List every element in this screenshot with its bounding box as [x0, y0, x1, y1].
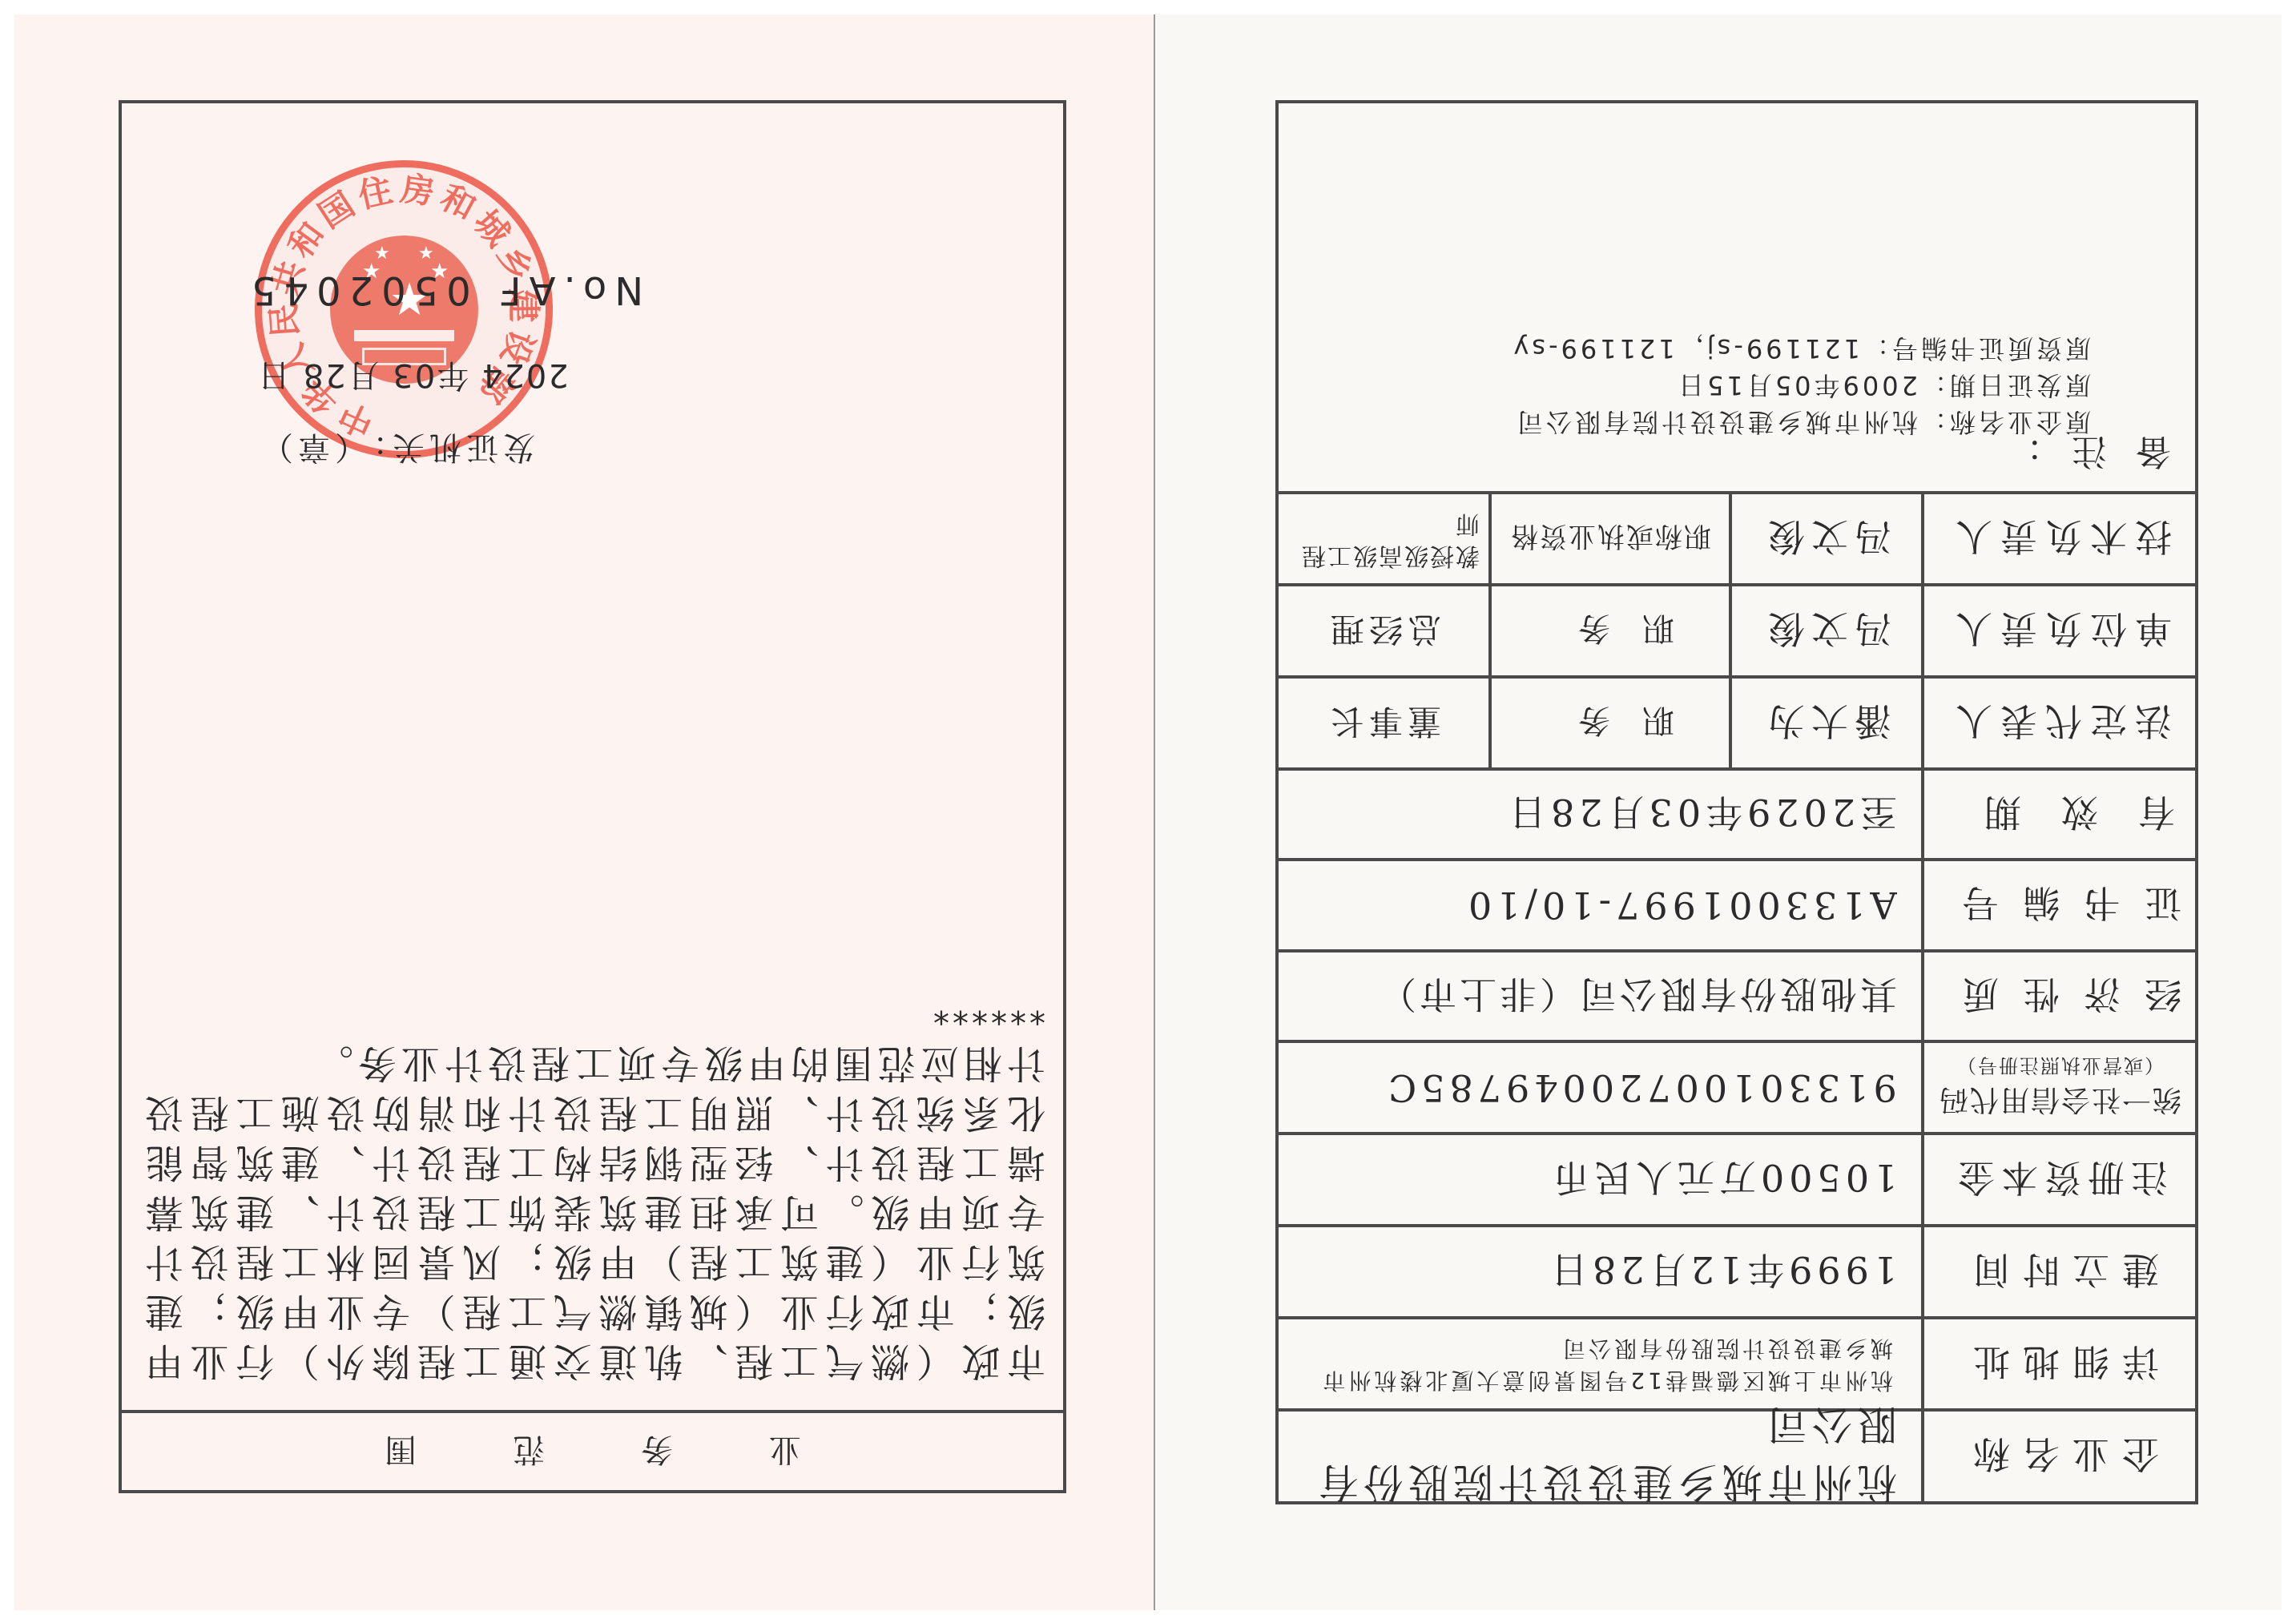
credit-code: 91330100720049785C [1384, 1066, 1897, 1110]
notes-section: 备注： 原企业名称：杭州市城乡建设设计院有限公司 原发证日期：2009年05月1… [1314, 112, 2179, 489]
value-economic-nature: 其他股份有限公司（非上市） [1279, 952, 1921, 1040]
label-text: 企业名称 [1960, 1430, 2159, 1483]
label-text: 详细地址 [1960, 1338, 2159, 1391]
label-cert-number: 证书编号 [1924, 861, 2195, 949]
business-scope-text: 市政（燃气工程、轨道交通工程除外）行业甲级；市政行业（城镇燃气工程）专业甲级；建… [140, 1033, 1045, 1386]
value-registered-capital: 10500万元人民币 [1279, 1135, 1921, 1224]
issuer-block: 发证机关：（章） 2024 年03 月28 日 No.AF 0502045 [120, 112, 601, 433]
note-line: 原企业名称：杭州市城乡建设设计院有限公司 [1510, 404, 2091, 441]
title-label: 职称或执业资格 [1492, 494, 1729, 583]
business-scope-header: 业务范围 [119, 1413, 1066, 1490]
note-line: 原资质证书编号：121199-sj，121199-sy [1510, 330, 2091, 367]
person-title: 教授级高级工程师 [1287, 507, 1480, 571]
validity-date: 至2029年03月28日 [1504, 788, 1897, 841]
value-cert-number: A133001997-10/10 [1279, 861, 1921, 949]
title-value: 教授级高级工程师 [1279, 494, 1488, 583]
label-text: 证书编号 [1938, 879, 2181, 932]
label-text: 经济性质 [1938, 970, 2181, 1023]
value-validity: 至2029年03月28日 [1279, 771, 1921, 858]
label-technical-head: 技术负责人 [1924, 494, 2195, 583]
label-credit-code: 统一社会信用代码 （或营业执照注册号） [1924, 1043, 2195, 1132]
person-title: 总经理 [1326, 607, 1441, 655]
issuer-label: 发证机关：（章） [256, 427, 535, 473]
legal-representative-name: 潘大为 [1732, 679, 1921, 767]
value-established: 1999年12月28日 [1279, 1227, 1921, 1316]
label-text: 法定代表人 [1948, 697, 2172, 750]
title-label: 职务 [1492, 586, 1729, 675]
title-label: 职务 [1492, 679, 1729, 767]
registered-capital: 10500万元人民币 [1548, 1154, 1897, 1206]
note-line: 原发证日期：2009年05月15日 [1510, 367, 2091, 404]
label-text: 职务 [1546, 608, 1674, 654]
certificate-number: A133001997-10/10 [1464, 884, 1897, 927]
value-address: 杭州市上城区德福巷12号图景创意大厦北楼杭州市城乡建设设计院股份有限公司 [1279, 1319, 1921, 1408]
label-text: 职务 [1546, 700, 1674, 746]
serial-number: No.AF 0502045 [244, 268, 643, 312]
economic-nature: 其他股份有限公司（非上市） [1376, 970, 1897, 1023]
title-value: 总经理 [1279, 586, 1488, 675]
person-name: 冯文俊 [1762, 605, 1891, 658]
issue-date: 2024 年03 月28 日 [256, 355, 569, 401]
business-scope-content: 市政（燃气工程、轨道交通工程除外）行业甲级；市政行业（城镇燃气工程）专业甲级；建… [140, 1041, 1045, 1383]
end-mark: ****** [140, 987, 1045, 1037]
address: 杭州市上城区德福巷12号图景创意大厦北楼杭州市城乡建设设计院股份有限公司 [1316, 1332, 1893, 1396]
label-unit-head: 单位负责人 [1924, 586, 2195, 675]
value-company-name: 杭州市城乡建设设计院股份有限公司 [1279, 1412, 1921, 1501]
label-registered-capital: 注册资本金 [1924, 1135, 2195, 1224]
company-name: 杭州市城乡建设设计院股份有限公司 [1279, 1399, 1897, 1514]
established-date: 1999年12月28日 [1546, 1246, 1897, 1299]
label-text: 技术负责人 [1948, 513, 2172, 566]
label-validity: 有效期 [1924, 771, 2195, 858]
label-established: 建立时间 [1924, 1227, 2195, 1316]
person-name: 潘大为 [1762, 697, 1891, 750]
label-company-name: 企业名称 [1924, 1412, 2195, 1501]
label-text: 建立时间 [1960, 1246, 2159, 1299]
label-subtext: （或营业执照注册号） [1938, 1053, 2181, 1081]
label-legal-representative: 法定代表人 [1924, 679, 2195, 767]
label-text: 统一社会信用代码 [1938, 1081, 2181, 1122]
label-text: 有效期 [1944, 788, 2175, 841]
label-economic-nature: 经济性质 [1924, 952, 2195, 1040]
label-text: 职称或执业资格 [1509, 519, 1711, 558]
label-text: 注册资本金 [1952, 1154, 2168, 1206]
title-value: 董事长 [1279, 679, 1488, 767]
label-text: 单位负责人 [1948, 605, 2172, 658]
value-credit-code: 91330100720049785C [1279, 1043, 1921, 1132]
label-address: 详细地址 [1924, 1319, 2195, 1408]
person-name: 冯文俊 [1762, 513, 1891, 566]
business-scope-title: 业务范围 [288, 1429, 897, 1475]
person-title: 董事长 [1326, 699, 1441, 747]
unit-head-name: 冯文俊 [1732, 586, 1921, 675]
technical-head-name: 冯文俊 [1732, 494, 1921, 583]
